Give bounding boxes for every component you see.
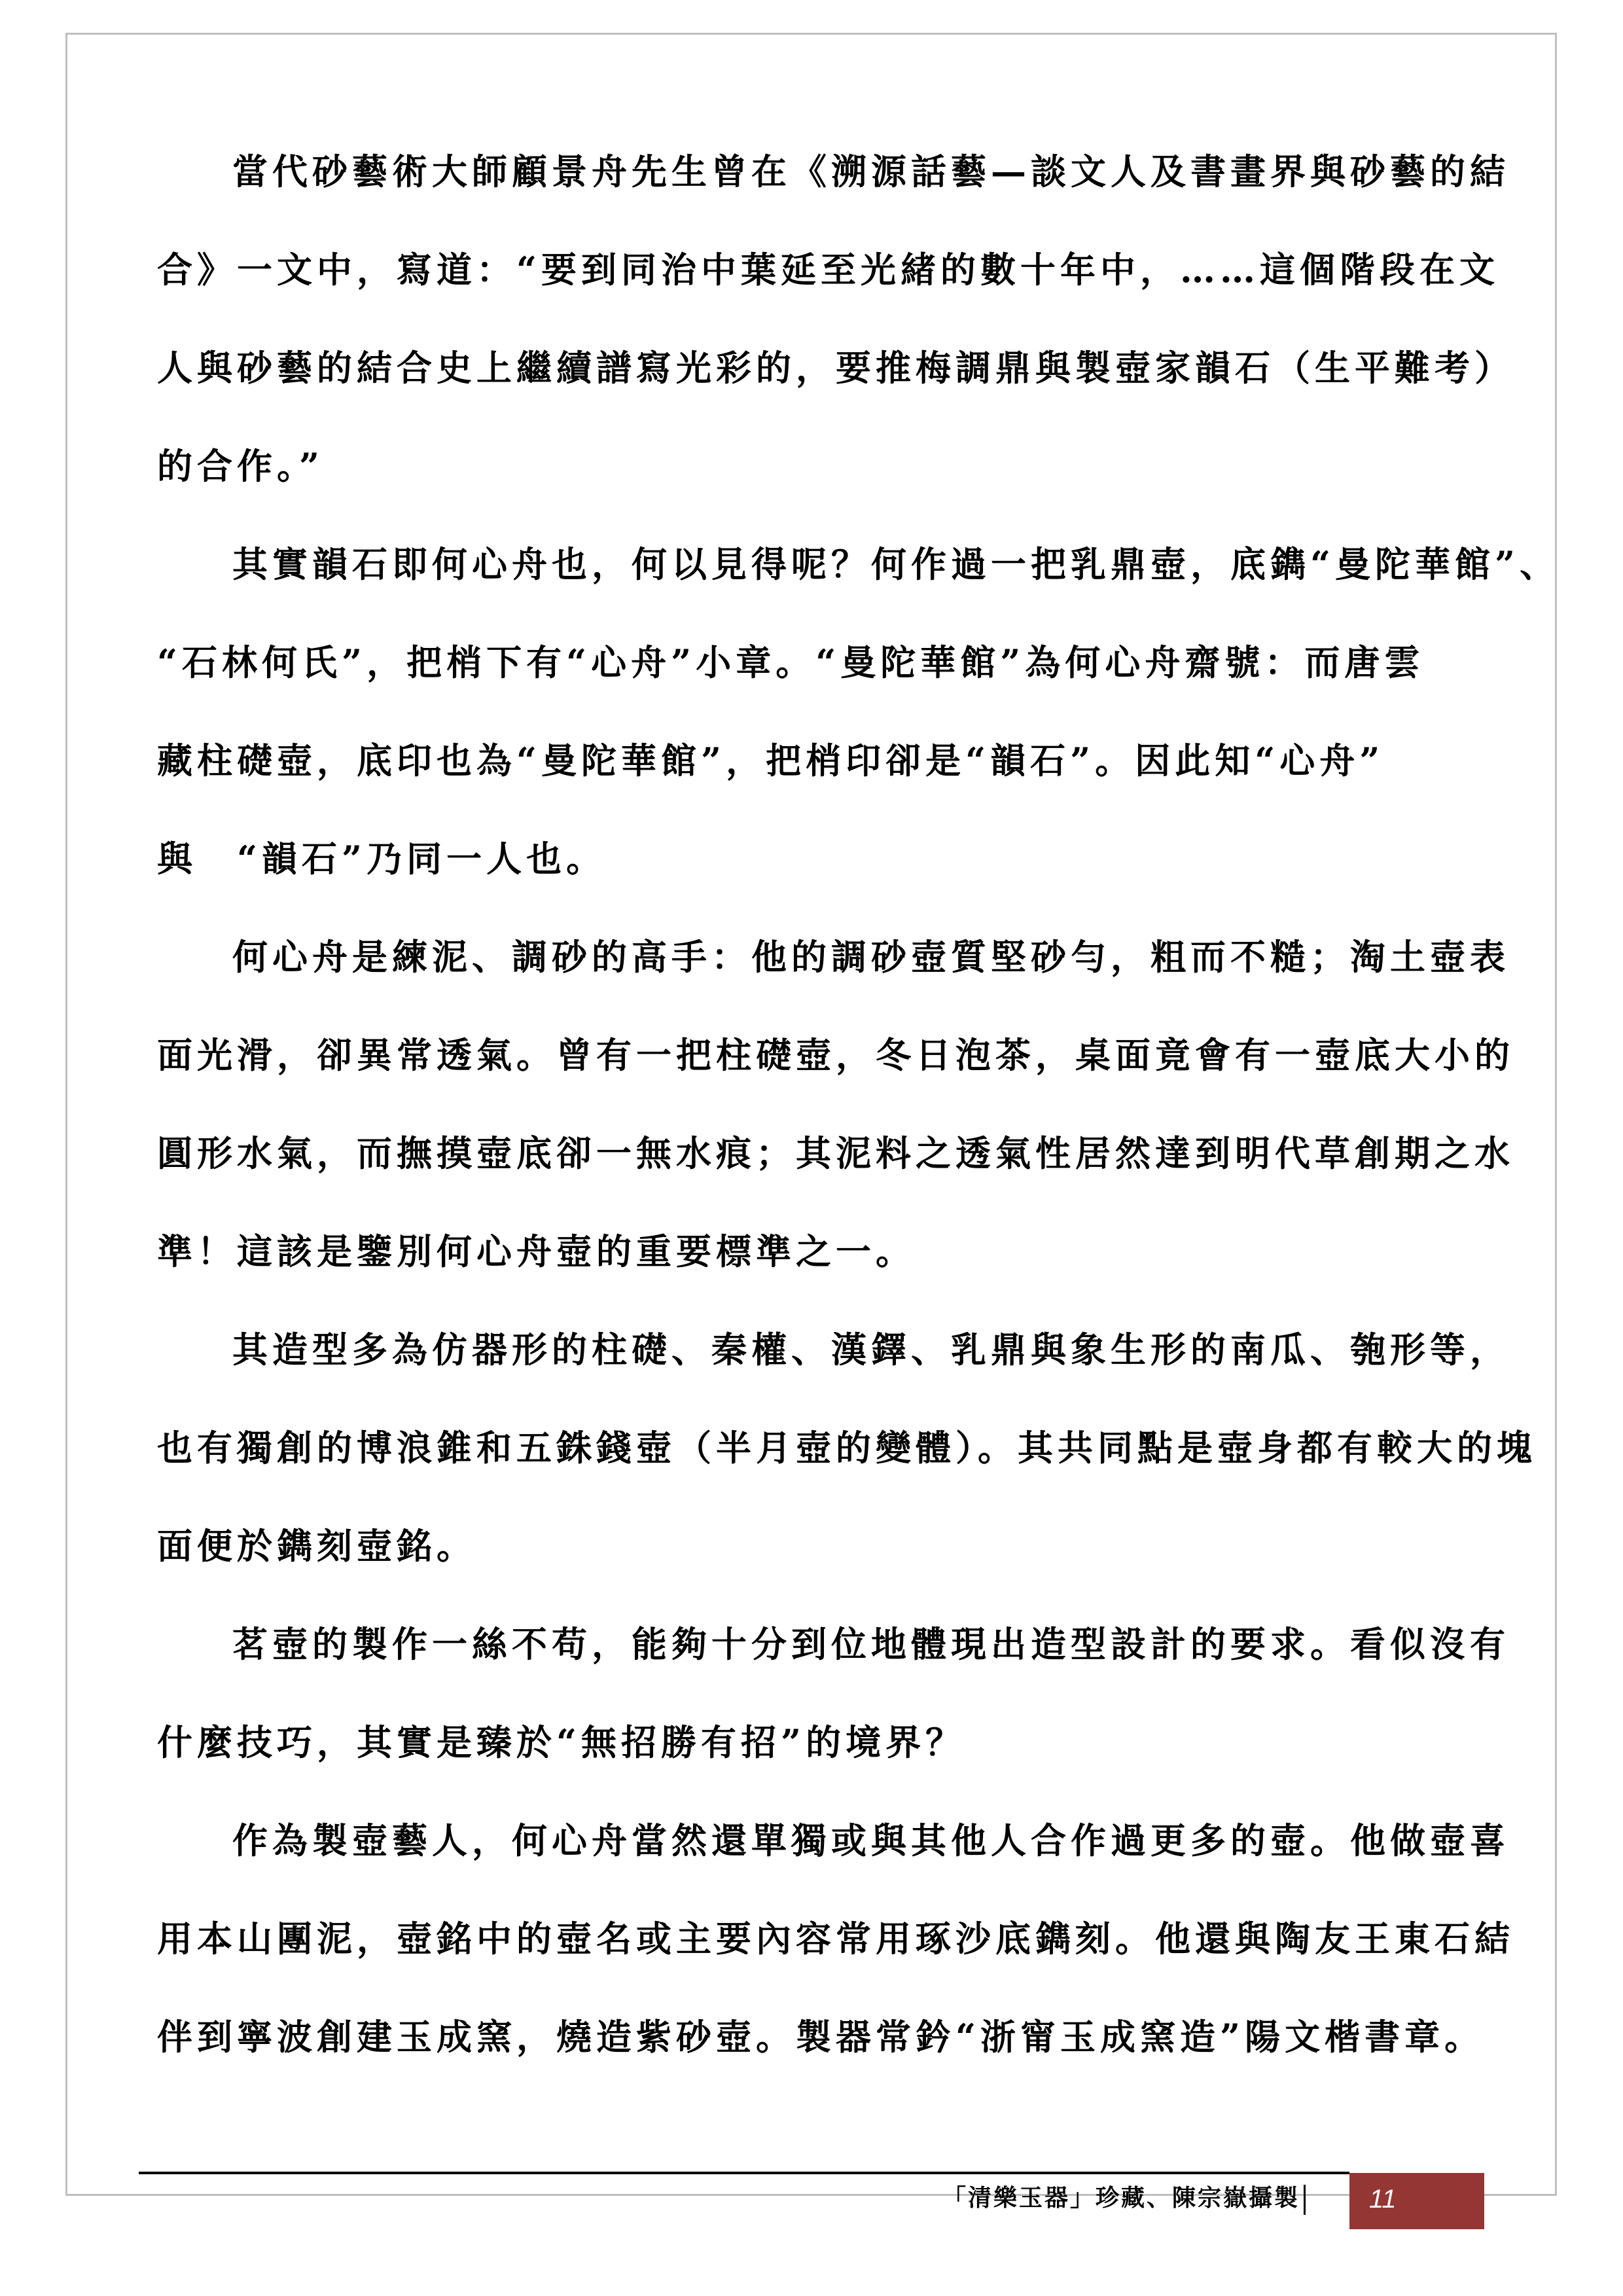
page-number: 11 — [1369, 2185, 1397, 2214]
body-text: 當代砂藝術大師顧景舟先生曾在《溯源話藝—談文人及書畫界與砂藝的結 合》一文中，寫… — [157, 126, 1459, 2089]
text-line: 用本山團泥，壺銘中的壺名或主要內容常用琢沙底鐫刻。他還與陶友王東石結 — [157, 1893, 1459, 1991]
text-line: 合》一文中，寫道：“要到同治中葉延至光緒的數十年中，……這個階段在文 — [157, 224, 1459, 322]
text-line: 茗壺的製作一絲不苟，能夠十分到位地體現出造型設計的要求。看似沒有 — [157, 1598, 1459, 1696]
text-line: 面光滑，卻異常透氣。曾有一把柱礎壺，冬日泡茶，桌面竟會有一壺底大小的 — [157, 1009, 1459, 1107]
text-line: 準！這該是鑒別何心舟壺的重要標準之一。 — [157, 1206, 1459, 1304]
text-line: 當代砂藝術大師顧景舟先生曾在《溯源話藝—談文人及書畫界與砂藝的結 — [157, 126, 1459, 224]
text-line: 與 “韻石”乃同一人也。 — [157, 813, 1459, 911]
page-number-badge: 11 — [1349, 2173, 1484, 2229]
text-line: 伴到寧波創建玉成窯，燒造紫砂壺。製器常鈐“浙甯玉成窯造”陽文楷書章。 — [157, 1991, 1459, 2089]
text-line: 人與砂藝的結合史上繼續譜寫光彩的，要推梅調鼎與製壺家韻石（生平難考） — [157, 322, 1459, 420]
text-line: 藏柱礎壺，底印也為“曼陀華館”，把梢印卻是“韻石”。因此知“心舟” — [157, 715, 1459, 813]
text-line: 也有獨創的博浪錐和五銖錢壺（半月壺的變體）。其共同點是壺身都有較大的塊 — [157, 1402, 1459, 1500]
text-line: “石林何氏”，把梢下有“心舟”小章。“曼陀華館”為何心舟齋號：而唐雲 — [157, 617, 1459, 715]
footer-credit-text: 「清樂玉器」珍藏、陳宗嶽攝製 — [942, 2184, 1300, 2212]
text-line: 其造型多為仿器形的柱礎、秦權、漢鐸、乳鼎與象生形的南瓜、匏形等， — [157, 1304, 1459, 1402]
footer-separator — [1304, 2185, 1306, 2215]
footer-credit: 「清樂玉器」珍藏、陳宗嶽攝製 — [942, 2179, 1306, 2215]
text-line: 其實韻石即何心舟也，何以見得呢？何作過一把乳鼎壺，底鐫“曼陀華館”、 — [157, 518, 1459, 617]
text-line: 圓形水氣，而撫摸壺底卻一無水痕；其泥料之透氣性居然達到明代草創期之水 — [157, 1107, 1459, 1206]
text-line: 什麼技巧，其實是臻於“無招勝有招”的境界？ — [157, 1696, 1459, 1795]
text-line: 的合作。” — [157, 420, 1459, 518]
text-line: 面便於鐫刻壺銘。 — [157, 1500, 1459, 1598]
text-line: 作為製壺藝人，何心舟當然還單獨或與其他人合作過更多的壺。他做壺喜 — [157, 1795, 1459, 1893]
text-line: 何心舟是練泥、調砂的高手：他的調砂壺質堅砂勻，粗而不糙；淘土壺表 — [157, 911, 1459, 1009]
footer-rule — [139, 2172, 1349, 2174]
